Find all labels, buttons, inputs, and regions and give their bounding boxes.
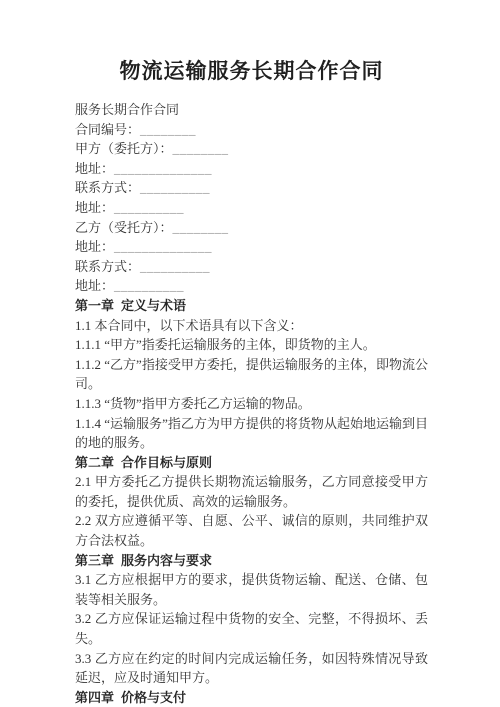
field-label: 联系方式： bbox=[75, 259, 140, 274]
clause-1-1: 1.1 本合同中，以下术语具有以下含义： bbox=[75, 316, 428, 336]
contract-document-page: 物流运输服务长期合作合同 服务长期合作合同 合同编号：________ 甲方（委… bbox=[0, 0, 500, 707]
field-party-b-contact: 联系方式：__________ bbox=[75, 257, 428, 277]
field-contract-number: 合同编号：________ bbox=[75, 120, 428, 140]
clause-2-1: 2.1 甲方委托乙方提供长期物流运输服务，乙方同意接受甲方的委托，提供优质、高效… bbox=[75, 472, 428, 511]
chapter-4-heading: 第四章价格与支付 bbox=[75, 688, 428, 707]
field-label: 联系方式： bbox=[75, 180, 140, 195]
clause-3-1: 3.1 乙方应根据甲方的要求，提供货物运输、配送、仓储、包装等相关服务。 bbox=[75, 570, 428, 609]
field-blank: __________ bbox=[140, 259, 210, 274]
field-label: 地址： bbox=[75, 161, 114, 176]
field-party-b-address: 地址：______________ bbox=[75, 237, 428, 257]
chapter-title: 价格与支付 bbox=[121, 690, 186, 705]
field-blank: __________ bbox=[140, 180, 210, 195]
field-label: 乙方（受托方）： bbox=[75, 220, 173, 235]
field-blank: ______________ bbox=[114, 161, 212, 176]
contract-body: 服务长期合作合同 合同编号：________ 甲方（委托方）：________ … bbox=[75, 100, 428, 707]
chapter-number: 第三章 bbox=[75, 553, 114, 568]
chapter-number: 第四章 bbox=[75, 690, 114, 705]
chapter-title: 服务内容与要求 bbox=[121, 553, 212, 568]
chapter-number: 第二章 bbox=[75, 455, 114, 470]
chapter-1-heading: 第一章定义与术语 bbox=[75, 296, 428, 316]
contract-subtitle: 服务长期合作合同 bbox=[75, 100, 428, 120]
chapter-3-heading: 第三章服务内容与要求 bbox=[75, 551, 428, 571]
clause-3-3: 3.3 乙方应在约定的时间内完成运输任务，如因特殊情况导致延迟，应及时通知甲方。 bbox=[75, 649, 428, 688]
field-party-b-address-2: 地址：__________ bbox=[75, 276, 428, 296]
clause-2-2: 2.2 双方应遵循平等、自愿、公平、诚信的原则，共同维护双方合法权益。 bbox=[75, 511, 428, 550]
chapter-2-heading: 第二章合作目标与原则 bbox=[75, 453, 428, 473]
chapter-number: 第一章 bbox=[75, 298, 114, 313]
field-party-a-contact: 联系方式：__________ bbox=[75, 178, 428, 198]
chapter-title: 合作目标与原则 bbox=[121, 455, 212, 470]
clause-1-1-4: 1.1.4 “运输服务”指乙方为甲方提供的将货物从起始地运输到目的地的服务。 bbox=[75, 414, 428, 453]
field-party-a: 甲方（委托方）：________ bbox=[75, 139, 428, 159]
field-party-b: 乙方（受托方）：________ bbox=[75, 218, 428, 238]
field-party-a-address-2: 地址：__________ bbox=[75, 198, 428, 218]
field-blank: ______________ bbox=[114, 239, 212, 254]
field-blank: __________ bbox=[114, 278, 184, 293]
field-label: 合同编号： bbox=[75, 122, 140, 137]
clause-1-1-3: 1.1.3 “货物”指甲方委托乙方运输的物品。 bbox=[75, 394, 428, 414]
clause-1-1-2: 1.1.2 “乙方”指接受甲方委托，提供运输服务的主体，即物流公司。 bbox=[75, 355, 428, 394]
clause-1-1-1: 1.1.1 “甲方”指委托运输服务的主体，即货物的主人。 bbox=[75, 335, 428, 355]
field-blank: ________ bbox=[173, 220, 229, 235]
chapter-title: 定义与术语 bbox=[121, 298, 186, 313]
field-label: 地址： bbox=[75, 278, 114, 293]
contract-title: 物流运输服务长期合作合同 bbox=[75, 58, 428, 85]
clause-3-2: 3.2 乙方应保证运输过程中货物的安全、完整，不得损坏、丢失。 bbox=[75, 609, 428, 648]
field-blank: ________ bbox=[140, 122, 196, 137]
field-label: 甲方（委托方）： bbox=[75, 141, 173, 156]
field-party-a-address: 地址：______________ bbox=[75, 159, 428, 179]
field-label: 地址： bbox=[75, 200, 114, 215]
field-blank: __________ bbox=[114, 200, 184, 215]
field-blank: ________ bbox=[173, 141, 229, 156]
field-label: 地址： bbox=[75, 239, 114, 254]
